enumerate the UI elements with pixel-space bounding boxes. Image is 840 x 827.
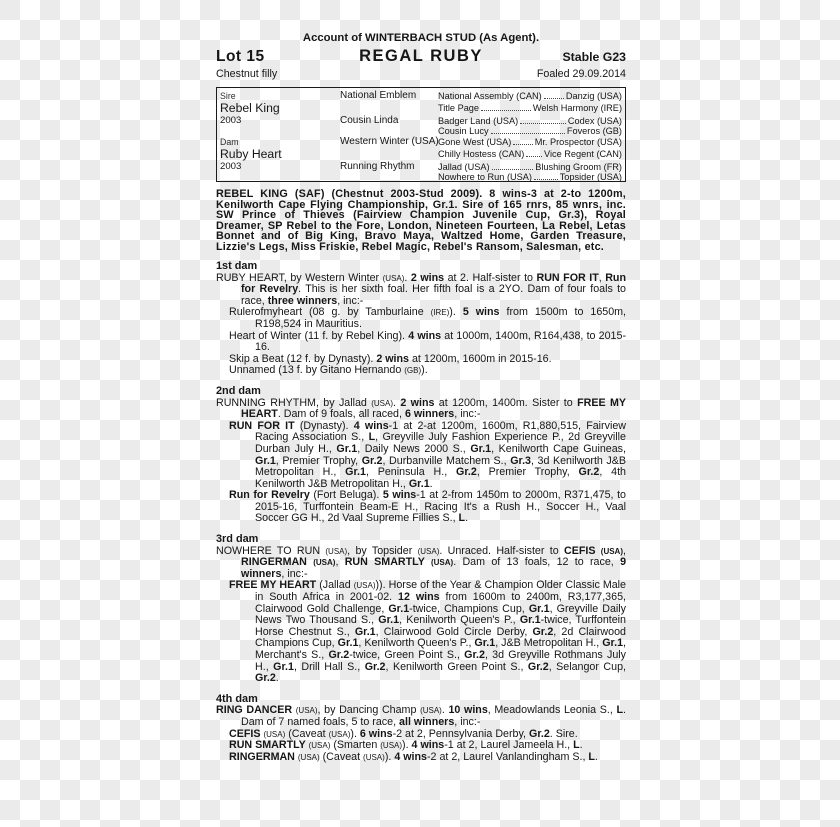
great-grandparent-row: Cousin LucyFoveros (GB) (438, 126, 622, 136)
text-segment: (USA) (325, 547, 347, 556)
text-segment: Gr.1 (409, 478, 430, 490)
text-segment: Gr.1 (602, 637, 623, 649)
dam-sections: 1st damRUBY HEART, by Western Winter (US… (216, 261, 626, 763)
text-segment: Gr.1 (388, 603, 409, 615)
text-segment: . Sire. (550, 728, 578, 740)
text-segment: CEFIS (564, 545, 601, 557)
text-segment: FREE MY HEART (229, 579, 316, 591)
text-segment: (USA) (431, 558, 453, 567)
pedigree-paragraph: Heart of Winter (11 f. by Rebel King). 4… (229, 331, 626, 354)
text-segment: at 1200m, 1400m. Sister to (434, 397, 577, 409)
ancestor-name-left: Jallad (USA) (438, 162, 490, 172)
text-segment: (USA) (329, 730, 351, 739)
text-segment: (USA) (309, 741, 331, 750)
text-segment: 4 wins (408, 330, 441, 342)
text-segment: . (580, 739, 583, 751)
dam-label: Dam (220, 137, 340, 147)
ancestor-name-left: Nowhere to Run (USA) (438, 172, 532, 182)
text-segment: Gr.1 (336, 443, 357, 455)
text-segment: 2 wins (376, 353, 409, 365)
text-segment: (Smarten (330, 739, 380, 751)
text-segment: (USA) (380, 741, 402, 750)
great-grandparent-row: Gone West (USA)Mr. Prospector (USA) (438, 137, 622, 147)
great-grandparent-row: Jallad (USA)Blushing Groom (FR) (438, 162, 622, 172)
text-segment: (USA) (363, 753, 385, 762)
stable-number: Stable G23 (483, 50, 626, 64)
ancestor-name-left: National Assembly (CAN) (438, 91, 542, 101)
text-segment: Run for Revelry (229, 489, 310, 501)
ancestor-name-left: Chilly Hostess (CAN) (438, 149, 524, 159)
text-segment: Gr.1 (474, 637, 495, 649)
description-row: Chestnut filly Foaled 29.09.2014 (216, 68, 626, 80)
text-segment: , Kenilworth Cape Guineas, (491, 443, 626, 455)
transparency-checkerboard: { "background": { "checker_light": "#fff… (0, 0, 840, 827)
great-grandparent-row: Nowhere to Run (USA)Topsider (USA) (438, 172, 622, 182)
text-segment: 2 wins (400, 397, 434, 409)
text-segment: at 1200m, 1600m in 2015-16. (409, 353, 552, 365)
text-segment: , inc:- (454, 716, 480, 728)
text-segment: . Unraced. Half-sister to (439, 545, 564, 557)
text-segment: RINGERMAN (241, 556, 313, 568)
text-segment: Unnamed (13 f. by Gitano Hernando (229, 364, 404, 376)
text-segment: Gr.2 (362, 455, 383, 467)
text-segment: , Kenilworth Queen's P., (399, 614, 520, 626)
granddam-maternal: Running Rhythm (340, 161, 438, 172)
ancestor-name-right: Topsider (USA) (560, 172, 622, 182)
text-segment: RUN SMARTLY (345, 556, 431, 568)
text-segment: Gr.1 (255, 455, 276, 467)
sire-name: Rebel King (220, 101, 340, 115)
grandsire-paternal: National Emblem (340, 90, 438, 101)
text-segment: (USA) (383, 274, 405, 283)
ancestor-name-right: Vice Regent (CAN) (544, 149, 622, 159)
sire-summary-paragraph: REBEL KING (SAF) (Chestnut 2003-Stud 200… (216, 189, 626, 252)
ancestor-name-right: Foveros (GB) (567, 126, 622, 136)
text-segment: (Jallad (316, 579, 354, 591)
dam-section: 2nd damRUNNING RHYTHM, by Jallad (USA). … (216, 386, 626, 525)
leader-dots (491, 133, 565, 134)
text-segment: -1 at 2, Laurel Jameela H., (444, 739, 573, 751)
text-segment: Gr.2 (456, 466, 477, 478)
text-segment: Gr.2 (365, 661, 386, 673)
ancestor-name-right: Danzig (USA) (566, 91, 622, 101)
text-segment: . (276, 672, 279, 684)
text-segment: , Peninsula H., (366, 466, 456, 478)
text-segment: (USA) (418, 547, 440, 556)
text-segment: 12 wins (398, 591, 440, 603)
text-segment: , Clairwood Gold Circle Derby, (376, 626, 533, 638)
text-segment: RUN SMARTLY (229, 739, 309, 751)
text-segment: RUBY HEART, by Western Winter (216, 272, 383, 284)
dam-section: 3rd damNOWHERE TO RUN (USA), by Topsider… (216, 534, 626, 685)
text-segment: (Caveat (320, 751, 363, 763)
text-segment: . (595, 751, 598, 763)
text-segment: NOWHERE TO RUN (216, 545, 325, 557)
text-segment: Gr.2 (328, 649, 349, 661)
dam-name: Ruby Heart (220, 147, 340, 161)
granddam-paternal: Cousin Linda (340, 115, 438, 126)
pedigree-paragraph: RUBY HEART, by Western Winter (USA). 2 w… (216, 273, 626, 308)
text-segment: (USA) (298, 753, 320, 762)
dam-section: 1st damRUBY HEART, by Western Winter (US… (216, 261, 626, 377)
great-grandparent-row: Chilly Hostess (CAN)Vice Regent (CAN) (438, 149, 622, 159)
pedigree-table: Sire Rebel King 2003 Dam Ruby Heart 2003… (216, 87, 626, 182)
text-segment: three winners (268, 295, 338, 307)
pedigree-paragraph: Rulerofmyheart (08 g. by Tamburlaine (IR… (229, 307, 626, 330)
ancestor-name-right: Welsh Harmony (IRE) (533, 103, 622, 113)
text-segment: 10 wins (448, 704, 487, 716)
text-segment: (GB) (404, 366, 421, 375)
pedigree-paragraph: Unnamed (13 f. by Gitano Hernando (GB)). (229, 365, 626, 377)
text-segment: , by Dancing Champ (318, 704, 421, 716)
text-segment: RUN FOR IT (537, 272, 599, 284)
text-segment: ). (421, 364, 428, 376)
text-segment: ). (449, 306, 463, 318)
great-grandparent-row: Badger Land (USA)Codex (USA) (438, 116, 622, 126)
pedigree-paragraph: RUNNING RHYTHM, by Jallad (USA). 2 wins … (216, 398, 626, 421)
leader-dots (534, 179, 558, 180)
text-segment: , Kenilworth Queen's P., (358, 637, 474, 649)
text-segment: , inc:- (281, 568, 307, 580)
text-segment: Gr.2 (464, 649, 485, 661)
text-segment: Gr.1 (338, 637, 359, 649)
text-segment: -twice, Green Point S., (349, 649, 464, 661)
text-segment: (USA) (420, 706, 442, 715)
text-segment: . Dam of 13 foals, 12 to race, (453, 556, 620, 568)
dam-section: 4th damRING DANCER (USA), by Dancing Cha… (216, 694, 626, 764)
text-segment: . Dam of 9 foals, all raced, (278, 408, 405, 420)
grandsire-maternal: Western Winter (USA) (340, 136, 438, 147)
text-segment: , J&B Metropolitan H., (495, 637, 602, 649)
text-segment: 5 wins (463, 306, 500, 318)
lot-title-row: Lot 15 REGAL RUBY Stable G23 (216, 47, 626, 66)
text-segment: 5 wins (383, 489, 416, 501)
text-segment: RUN FOR IT (229, 420, 295, 432)
text-segment: ). (385, 751, 395, 763)
great-grandparent-row: National Assembly (CAN)Danzig (USA) (438, 91, 622, 101)
text-segment: , inc:- (454, 408, 480, 420)
text-segment: (USA) (371, 399, 393, 408)
text-segment: , inc:- (337, 295, 363, 307)
text-segment: 2 wins (411, 272, 444, 284)
foaled-date: Foaled 29.09.2014 (537, 68, 626, 80)
text-segment: RINGERMAN (229, 751, 298, 763)
text-segment: Rulerofmyheart (08 g. by Tamburlaine (229, 306, 431, 318)
text-segment: ). (402, 739, 412, 751)
text-segment: -2 at 2, Pennsylvania Derby, (393, 728, 529, 740)
text-segment: 4 wins (412, 739, 445, 751)
text-segment: Gr.1 (520, 614, 541, 626)
text-segment: Gr.2 (579, 466, 600, 478)
text-segment: Gr.1 (345, 466, 366, 478)
text-segment: , (623, 545, 626, 557)
text-segment: , Daily News 2000 S., (357, 443, 470, 455)
text-segment: (USA) (263, 730, 285, 739)
text-segment: Gr.2 (528, 661, 549, 673)
great-grandparent-row: Title PageWelsh Harmony (IRE) (438, 103, 622, 113)
text-segment: 6 winners (405, 408, 454, 420)
text-segment: -2 at 2, Laurel Vanlandingham S., (427, 751, 588, 763)
text-segment: , Drill Hall S., (294, 661, 365, 673)
text-segment: , Kenilworth Green Point S., (386, 661, 528, 673)
ancestor-name-right: Blushing Groom (FR) (535, 162, 622, 172)
account-of-line: Account of WINTERBACH STUD (As Agent). (216, 32, 626, 44)
pedigree-paragraph: NOWHERE TO RUN (USA), by Topsider (USA).… (216, 546, 626, 581)
text-segment: Gr.1 (470, 443, 491, 455)
colour-sex-label: Chestnut filly (216, 68, 277, 80)
text-segment: , (335, 556, 344, 568)
ancestor-name-left: Cousin Lucy (438, 126, 489, 136)
text-segment: (Caveat (285, 728, 328, 740)
text-segment: all winners (399, 716, 454, 728)
leader-dots (513, 144, 532, 145)
ancestor-name-left: Gone West (USA) (438, 137, 511, 147)
sire-year: 2003 (220, 115, 340, 126)
leader-dots (492, 169, 534, 170)
pedigree-paragraph: RUN FOR IT (Dynasty). 4 wins-1 at 2-at 1… (229, 421, 626, 491)
text-segment: Gr.3 (510, 455, 531, 467)
text-segment: at 2. Half-sister to (444, 272, 536, 284)
lot-number: Lot 15 (216, 48, 359, 66)
text-segment: 6 wins (360, 728, 393, 740)
text-segment: . (430, 478, 433, 490)
text-segment: , Durbanville Matchem S., (383, 455, 511, 467)
text-segment: Gr.1 (529, 603, 550, 615)
text-segment: RUNNING RHYTHM, by Jallad (216, 397, 371, 409)
leader-dots (526, 156, 542, 157)
sire-label: Sire (220, 91, 340, 101)
dam-year: 2003 (220, 161, 340, 172)
text-segment: (Fort Beluga). (310, 489, 383, 501)
text-segment: , Selangor Cup, (549, 661, 626, 673)
text-segment: 4 wins (394, 751, 427, 763)
text-segment: (USA) (601, 547, 623, 556)
text-segment: , by Topsider (347, 545, 417, 557)
ancestor-name-right: Mr. Prospector (USA) (535, 137, 622, 147)
leader-dots (520, 123, 566, 124)
pedigree-paragraph: RING DANCER (USA), by Dancing Champ (USA… (216, 705, 626, 728)
text-segment: (Dynasty). (295, 420, 354, 432)
leader-dots (481, 110, 531, 111)
text-segment: , Premier Trophy, (276, 455, 362, 467)
text-segment: Gr.1 (355, 626, 376, 638)
text-segment: CEFIS (229, 728, 263, 740)
text-segment: Heart of Winter (11 f. by Rebel King). (229, 330, 408, 342)
pedigree-paragraph: Run for Revelry (Fort Beluga). 5 wins-1 … (229, 490, 626, 525)
text-segment: Gr.1 (378, 614, 399, 626)
text-segment: , Premier Trophy, (477, 466, 579, 478)
ancestor-name-right: Codex (USA) (568, 116, 622, 126)
text-segment: Gr.1 (273, 661, 294, 673)
text-segment: RING DANCER (216, 704, 296, 716)
text-segment: (USA) (313, 558, 335, 567)
text-segment: -twice, Champions Cup, (409, 603, 529, 615)
text-segment: Skip a Beat (12 f. by Dynasty). (229, 353, 376, 365)
ancestor-name-left: Title Page (438, 103, 479, 113)
text-segment: . (465, 512, 468, 524)
ancestor-name-left: Badger Land (USA) (438, 116, 518, 126)
leader-dots (544, 98, 564, 99)
catalogue-page: Account of WINTERBACH STUD (As Agent). L… (216, 0, 626, 763)
pedigree-paragraph: RINGERMAN (USA) (Caveat (USA)). 4 wins-2… (229, 752, 626, 764)
text-segment: ). (350, 728, 360, 740)
pedigree-paragraph: FREE MY HEART (Jallad (USA))). Horse of … (229, 580, 626, 684)
horse-name: REGAL RUBY (359, 47, 483, 66)
text-segment: , Meadowlands Leonia S., (488, 704, 617, 716)
text-segment: (USA) (354, 581, 376, 590)
text-segment: Gr.2 (529, 728, 550, 740)
text-segment: Gr.2 (255, 672, 276, 684)
text-segment: (IRE) (431, 308, 450, 317)
text-segment: Gr.2 (532, 626, 553, 638)
text-segment: (USA) (296, 706, 318, 715)
text-segment: 4 wins (354, 420, 389, 432)
